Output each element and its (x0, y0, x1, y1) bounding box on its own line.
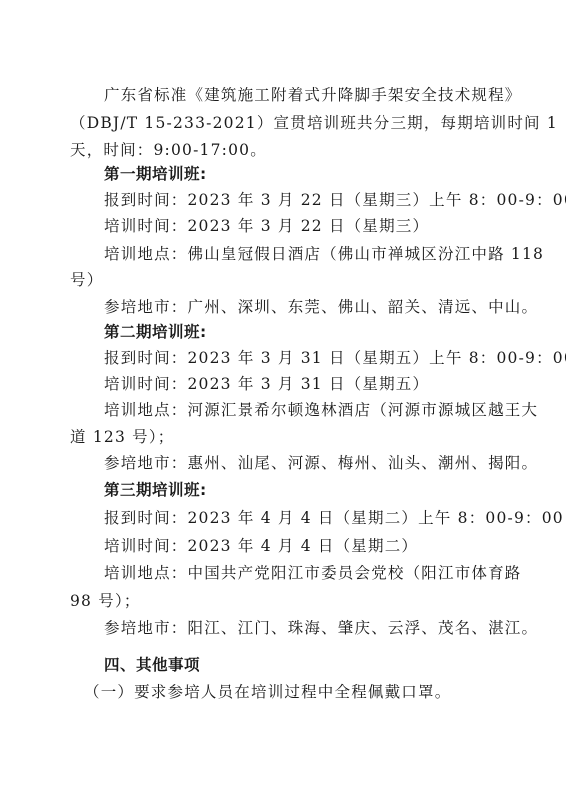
session-3-location-cont: 98 号）； (70, 591, 500, 611)
session-3-registration: 报到时间：2023 年 4 月 4 日（星期二）上午 8：00-9：00 (104, 508, 534, 528)
document-page: 广东省标准《建筑施工附着式升降脚手架安全技术规程》 （DBJ/T 15-233-… (0, 0, 566, 800)
session-1-location: 培训地点：佛山皇冠假日酒店（佛山市禅城区汾江中路 118 (104, 244, 534, 264)
session-2-registration: 报到时间：2023 年 3 月 31 日（星期五）上午 8：00-9：00 (104, 348, 534, 368)
intro-line-1: 广东省标准《建筑施工附着式升降脚手架安全技术规程》 (104, 85, 534, 105)
intro-line-2: （DBJ/T 15-233-2021）宣贯培训班共分三期，每期培训时间 1 (70, 113, 500, 133)
session-2-location-cont: 道 123 号）； (70, 427, 500, 447)
session-3-title: 第三期培训班: (104, 480, 534, 500)
session-3-location: 培训地点：中国共产党阳江市委员会党校（阳江市体育路 (104, 563, 534, 583)
intro-line-3: 天，时间：9:00-17:00。 (70, 140, 500, 160)
section-four-item-1: （一）要求参培人员在培训过程中全程佩戴口罩。 (84, 682, 514, 702)
session-2-location: 培训地点：河源汇景希尔顿逸林酒店（河源市源城区越王大 (104, 400, 534, 420)
session-3-training-time: 培训时间：2023 年 4 月 4 日（星期二） (104, 536, 534, 556)
session-1-title: 第一期培训班: (104, 164, 534, 184)
session-1-registration: 报到时间：2023 年 3 月 22 日（星期三）上午 8：00-9：00 (104, 190, 534, 210)
session-2-training-time: 培训时间：2023 年 3 月 31 日（星期五） (104, 374, 534, 394)
session-3-cities: 参培地市：阳江、江门、珠海、肇庆、云浮、茂名、湛江。 (104, 618, 534, 638)
session-1-cities: 参培地市：广州、深圳、东莞、佛山、韶关、清远、中山。 (104, 297, 534, 317)
session-2-title: 第二期培训班: (104, 322, 534, 342)
session-1-location-cont: 号） (70, 270, 500, 290)
session-2-cities: 参培地市：惠州、汕尾、河源、梅州、汕头、潮州、揭阳。 (104, 453, 534, 473)
session-1-training-time: 培训时间：2023 年 3 月 22 日（星期三） (104, 216, 534, 236)
section-four-heading: 四、其他事项 (104, 655, 534, 675)
